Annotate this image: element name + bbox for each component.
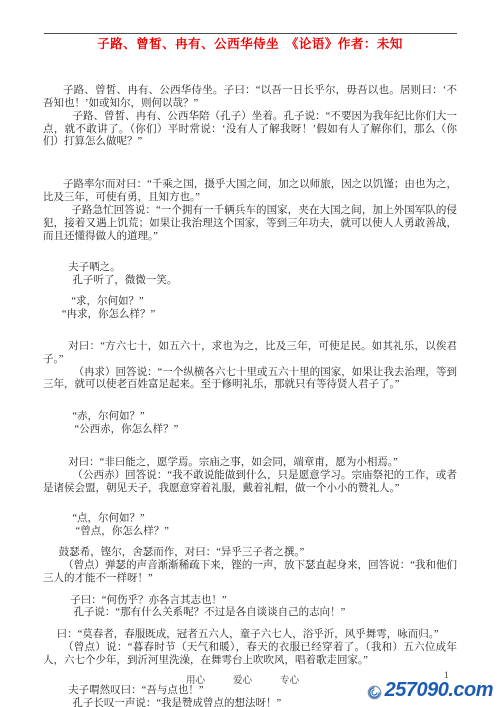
footer-motto-word: 专心: [280, 672, 299, 686]
paragraph: 鼓瑟希，铿尔，舍瑟而作，对曰：“异乎三子者之撰。”: [43, 547, 457, 560]
paragraph: 子路急忙回答说：“一个拥有一千辆兵车的国家，夹在大国之间，加上外国军队的侵犯，接…: [43, 205, 457, 244]
paragraph: （冉求）回答说：“一个纵横各六七十里或五六十里的国家，如果让我去治理，等到三年，…: [43, 367, 457, 393]
paragraph: 孔子说：“那有什么关系呢？不过是各自谈谈自己的志向！”: [43, 607, 457, 620]
paragraph: （公西赤）回答说：“我不敢说能做到什么，只是愿意学习。宗庙祭祀的工作，或者是诸侯…: [43, 470, 457, 496]
watermark-logo: 257090.com: [367, 679, 493, 702]
paragraph: 子路率尔而对曰：“千乘之国，摄乎大国之间，加之以师旅，因之以饥馑；由也为之，比及…: [43, 179, 457, 205]
document-page: 子路、曾皙、冉有、公西华侍坐 《论语》作者：未知 子路、曾皙、冉有、公西华侍坐。…: [0, 0, 500, 707]
paragraph: 夫子哂之。: [43, 262, 457, 275]
paragraph: 曰：“莫春者，春服既成，冠者五六人，童子六七人，浴乎沂，风乎舞雩，咏而归。”: [43, 629, 457, 642]
paragraph: （曾点）弹瑟的声音渐渐稀疏下来，铿的一声，放下瑟直起身来，回答说：“我和他们三人…: [43, 560, 457, 586]
footer-motto-word: 爱心: [233, 672, 252, 686]
paragraph: “曾点，你怎么样？”: [43, 526, 457, 539]
paragraph: 孔子听了，微微一笑。: [43, 275, 457, 288]
footer-motto: 用心爱心专心: [186, 672, 299, 686]
paragraph: 子路、曾皙、冉有、公西华陪（孔子）坐着。孔子说：“不要因为我年纪比你们大一点，就…: [43, 111, 457, 150]
document-title: 子路、曾皙、冉有、公西华侍坐 《论语》作者：未知: [0, 36, 500, 52]
paragraph: （曾点）说：“暮春时节（天气和暖），春天的衣服已经穿着了。（我和）五六位成年人，…: [43, 642, 457, 668]
paragraph: “冉求，你怎么样？”: [43, 309, 457, 322]
logo-text: 257090.com: [385, 679, 493, 702]
swirl-globe-icon: [367, 685, 382, 700]
paragraph: 子路、曾皙、冉有、公西华侍坐。子曰：“以吾一日长乎尔，毋吾以也。居则曰：‘不吾知…: [43, 85, 457, 111]
paragraph: 对曰：“非曰能之，愿学焉。宗庙之事，如会同，端章甫，愿为小相焉。”: [43, 457, 457, 470]
paragraph: “赤，尔何如？”: [43, 411, 457, 424]
paragraph: “公西赤，你怎么样？”: [43, 424, 457, 437]
paragraph: “点，尔何如？”: [43, 513, 457, 526]
paragraph: 子曰：“何伤乎？亦各言其志也！”: [43, 595, 457, 608]
document-body: 子路、曾皙、冉有、公西华侍坐。子曰：“以吾一日长乎尔，毋吾以也。居则曰：‘不吾知…: [43, 85, 457, 707]
header-rule: [44, 33, 457, 34]
paragraph: 对曰：“方六七十，如五六十，求也为之，比及三年，可使足民。如其礼乐，以俟君子。”: [43, 341, 457, 367]
paragraph: “求，尔何如？”: [43, 296, 457, 309]
footer-motto-word: 用心: [186, 672, 205, 686]
